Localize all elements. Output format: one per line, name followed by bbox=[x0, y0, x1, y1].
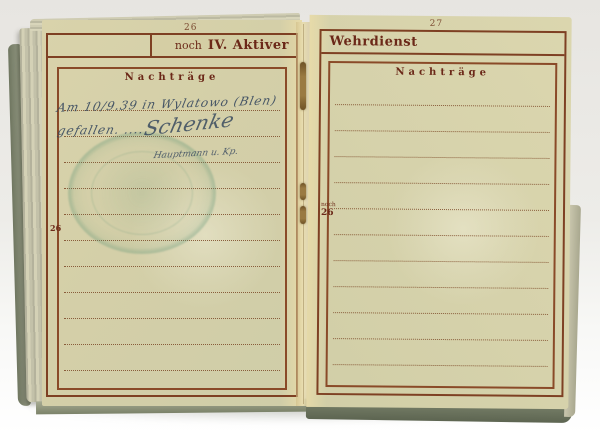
header-row-right: Wehrdienst bbox=[321, 31, 564, 56]
page-number-left: 26 bbox=[184, 23, 197, 33]
header-title-left: IV. Aktiver bbox=[208, 38, 289, 53]
ruled-line bbox=[64, 293, 280, 319]
ruled-line bbox=[333, 287, 548, 315]
ruled-line bbox=[334, 235, 549, 263]
nachtraege-label-left: Nachträge bbox=[59, 72, 285, 83]
ruled-line bbox=[333, 261, 548, 289]
page-frame-right: Wehrdienst Nachträge bbox=[316, 29, 566, 397]
ruled-lines-right bbox=[333, 79, 551, 385]
ruled-line bbox=[334, 157, 549, 185]
ruled-line bbox=[64, 345, 280, 371]
binding-stitch bbox=[300, 183, 306, 200]
ruled-line bbox=[334, 209, 549, 237]
ruled-line bbox=[64, 371, 280, 386]
nachtraege-box-right: Nachträge bbox=[325, 61, 557, 389]
wehrpass-open-book: 26 noch IV. Aktiver Nachträge bbox=[0, 0, 600, 434]
ruled-line bbox=[64, 319, 280, 345]
ruled-line bbox=[334, 183, 549, 211]
section-header-left: noch IV. Aktiver bbox=[150, 33, 298, 58]
binding-stitch bbox=[300, 206, 306, 224]
ruled-line bbox=[335, 105, 550, 133]
page-number-right: 27 bbox=[430, 19, 444, 29]
handwriting-line-2: gefallen. .... bbox=[56, 122, 145, 137]
binding-stitch bbox=[300, 62, 306, 110]
ruled-line bbox=[333, 365, 548, 385]
ruled-line bbox=[334, 131, 549, 159]
header-title-right: Wehrdienst bbox=[321, 31, 564, 54]
ruled-line bbox=[335, 79, 550, 107]
header-row-left: noch IV. Aktiver bbox=[48, 35, 296, 58]
header-prefix: noch bbox=[175, 39, 202, 52]
ruled-line bbox=[64, 267, 280, 293]
ruled-line bbox=[333, 339, 548, 367]
nachtraege-label-right: Nachträge bbox=[330, 66, 555, 79]
margin-page-number-left: 26 bbox=[50, 223, 61, 233]
ruled-line bbox=[333, 313, 548, 341]
right-page: 27 Wehrdienst Nachträge bbox=[306, 15, 571, 409]
left-page: 26 noch IV. Aktiver Nachträge bbox=[42, 20, 302, 406]
margin-note-right: noch 26 bbox=[321, 201, 336, 219]
margin-page-number-right: 26 bbox=[321, 208, 336, 219]
